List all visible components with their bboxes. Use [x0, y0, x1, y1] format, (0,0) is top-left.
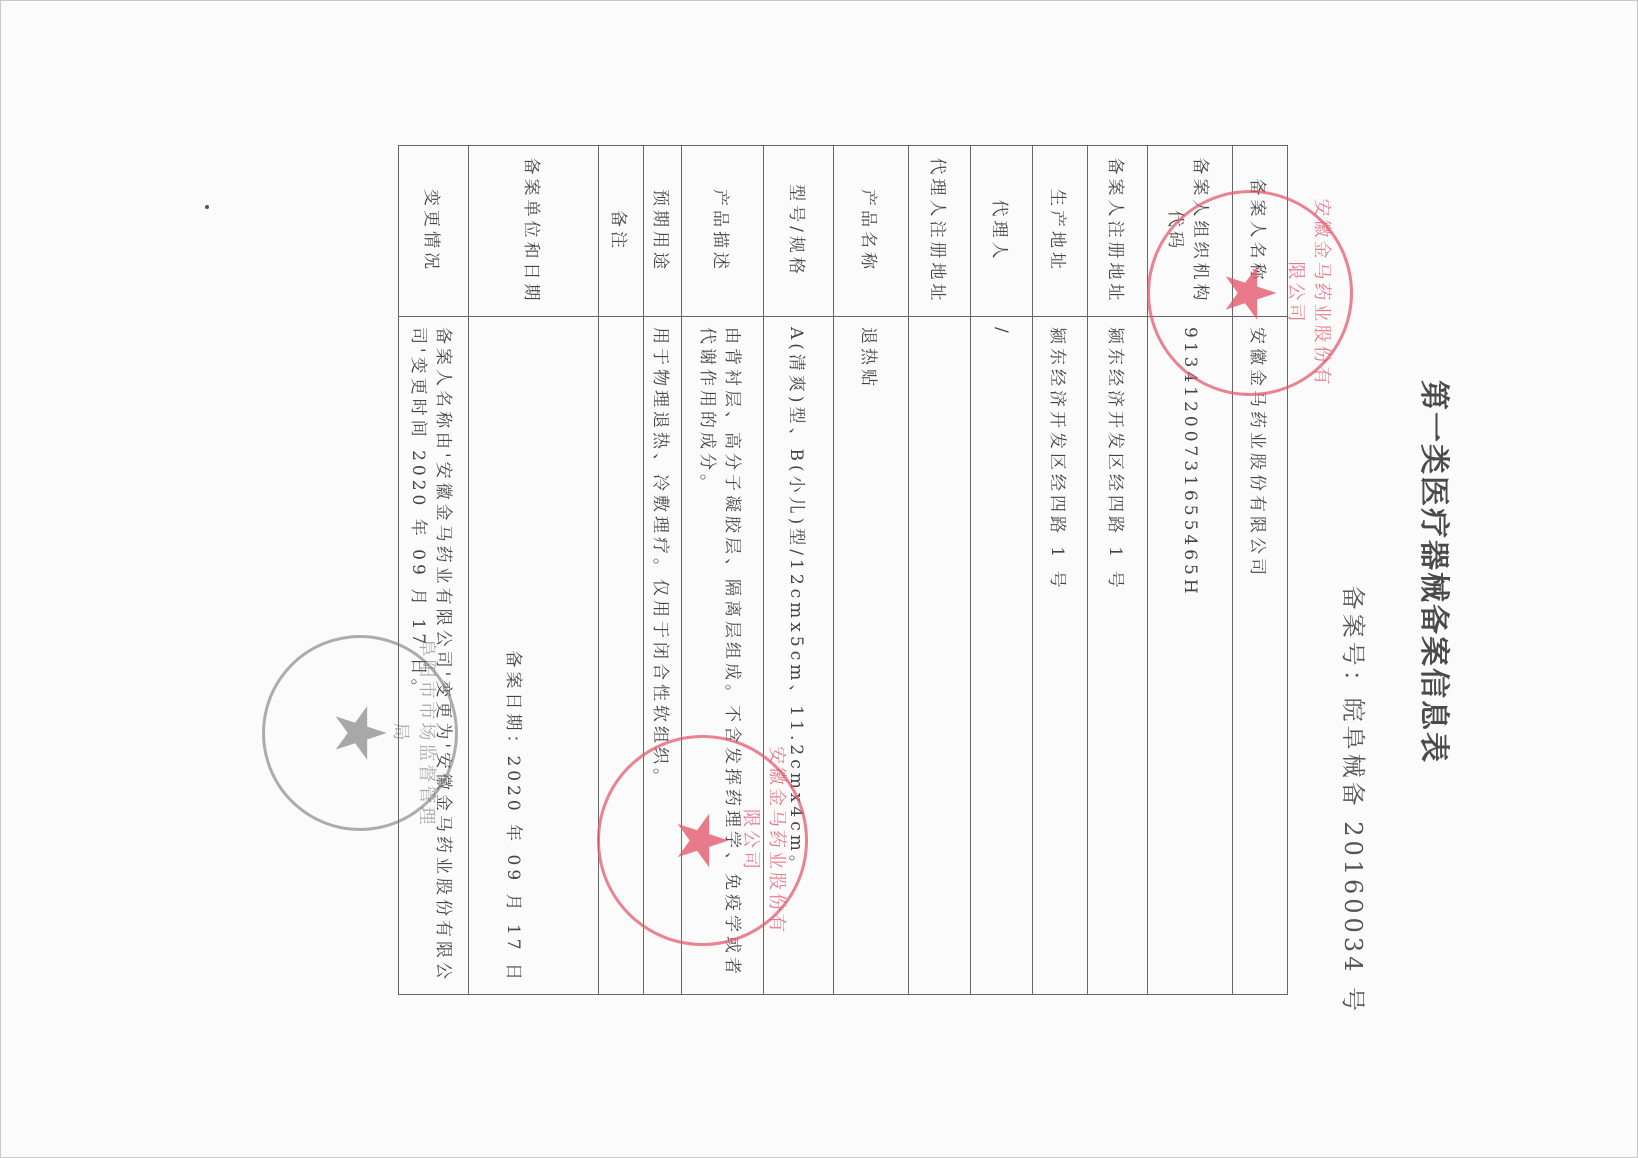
row-label: 代理人	[971, 146, 1033, 317]
table-row: 代理人 /	[971, 146, 1033, 995]
page-title: 第一类医疗器械备案信息表	[1408, 145, 1458, 995]
table-row: 代理人注册地址	[909, 146, 971, 995]
row-value: A(清爽)型、B(小儿)型/12cmx5cm、11.2cmx4cm。	[764, 317, 834, 995]
row-label: 备案人名称	[1233, 146, 1288, 317]
row-label: 产品名称	[834, 146, 909, 317]
row-label: 备案单位和日期	[469, 146, 599, 317]
row-value: 由背衬层、高分子凝胶层、隔离层组成。不含发挥药理学、免疫学或者代谢作用的成分。	[682, 317, 764, 995]
row-label: 生产地址	[1033, 146, 1088, 317]
table-row: 备案人注册地址 颍东经济开发区经四路 1 号	[1088, 146, 1148, 995]
row-value: 用于物理退热、冷敷理疗。仅用于闭合性软组织。	[644, 317, 682, 995]
row-value: /	[971, 317, 1033, 995]
scan-speck	[205, 205, 209, 209]
row-value	[909, 317, 971, 995]
table-row: 备案单位和日期 备案日期：2020 年 09 月 17 日	[469, 146, 599, 995]
row-label: 变更情况	[399, 146, 469, 317]
row-label: 备注	[599, 146, 644, 317]
row-value: 91341200731655465H	[1148, 317, 1233, 995]
table-row: 生产地址 颍东经济开发区经四路 1 号	[1033, 146, 1088, 995]
row-label: 备案人组织机构代码	[1148, 146, 1233, 317]
row-value: 备案日期：2020 年 09 月 17 日	[469, 317, 599, 995]
row-label: 预期用途	[644, 146, 682, 317]
table-row: 预期用途 用于物理退热、冷敷理疗。仅用于闭合性软组织。	[644, 146, 682, 995]
row-label: 备案人注册地址	[1088, 146, 1148, 317]
star-icon: ★	[319, 702, 401, 765]
row-label: 型号/规格	[764, 146, 834, 317]
row-value: 颍东经济开发区经四路 1 号	[1088, 317, 1148, 995]
table-row: 产品名称 退热贴	[834, 146, 909, 995]
table-row: 备注	[599, 146, 644, 995]
info-table: 备案人名称 安徽金马药业股份有限公司 备案人组织机构代码 91341200731…	[398, 145, 1288, 995]
table-row: 产品描述 由背衬层、高分子凝胶层、隔离层组成。不含发挥药理学、免疫学或者代谢作用…	[682, 146, 764, 995]
record-document: 第一类医疗器械备案信息表 备案号：皖阜械备 20160034 号 备案人名称 安…	[288, 145, 1288, 995]
table-row: 备案人组织机构代码 91341200731655465H	[1148, 146, 1233, 995]
row-value: 安徽金马药业股份有限公司	[1233, 317, 1288, 995]
row-value: 备案人名称由'安徽金马药业有限公司'变更为'安徽金马药业股份有限公司'变更时间 …	[399, 317, 469, 995]
record-number: 备案号：皖阜械备 20160034 号	[1338, 586, 1373, 1015]
table-row: 变更情况 备案人名称由'安徽金马药业有限公司'变更为'安徽金马药业股份有限公司'…	[399, 146, 469, 995]
row-value: 颍东经济开发区经四路 1 号	[1033, 317, 1088, 995]
row-value	[599, 317, 644, 995]
table-row: 备案人名称 安徽金马药业股份有限公司	[1233, 146, 1288, 995]
row-label: 代理人注册地址	[909, 146, 971, 317]
row-value: 退热贴	[834, 317, 909, 995]
row-label: 产品描述	[682, 146, 764, 317]
table-row: 型号/规格 A(清爽)型、B(小儿)型/12cmx5cm、11.2cmx4cm。	[764, 146, 834, 995]
